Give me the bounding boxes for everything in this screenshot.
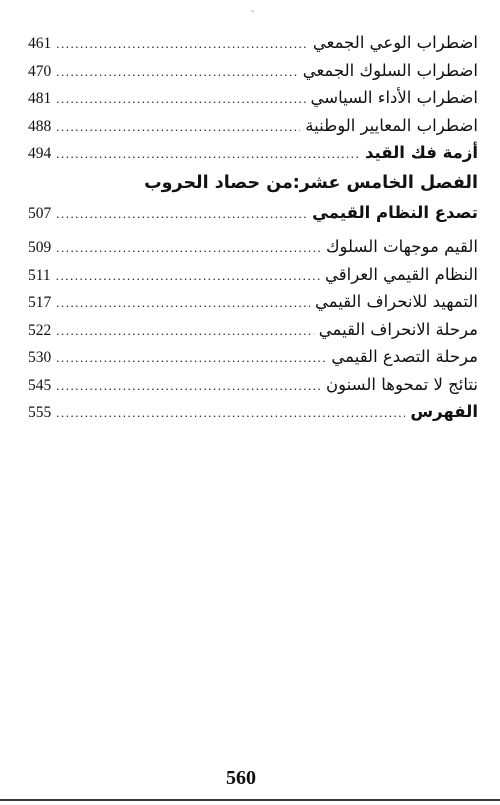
toc-list: اضطراب الوعي الجمعي.....................… (28, 29, 478, 426)
toc-entry-title: النظام القيمي العراقي (325, 261, 478, 289)
toc-entry-page-number: 461 (28, 30, 51, 58)
toc-entry-page-number: 470 (28, 58, 51, 86)
toc-row: تصدع النظام القيمي......................… (28, 199, 478, 227)
dot-leader: ........................................… (56, 317, 314, 345)
toc-entry-page-number: 555 (28, 399, 51, 427)
toc-entry-title: الفهرس (410, 398, 478, 426)
toc-entry-title: اضطراب الوعي الجمعي (313, 29, 478, 57)
toc-chapter-heading: الفصل الخامس عشر:من حصاد الحروب (28, 167, 478, 199)
dot-leader: ........................................… (56, 140, 360, 168)
toc-entry-title: اضطراب السلوك الجمعي (303, 57, 478, 85)
toc-entry-title: مرحلة التصدع القيمي (331, 343, 478, 371)
toc-row: الفهرس..................................… (28, 398, 478, 426)
toc-entry-title: اضطراب المعايير الوطنية (305, 112, 478, 140)
scan-artifact-dot (251, 10, 254, 12)
toc-page: اضطراب الوعي الجمعي.....................… (0, 0, 500, 805)
toc-row: اضطراب الوعي الجمعي.....................… (28, 29, 478, 57)
toc-entry-page-number: 545 (28, 372, 51, 400)
toc-row: مرحلة التصدع القيمي.....................… (28, 343, 478, 371)
dot-leader: ........................................… (56, 289, 310, 317)
toc-entry-page-number: 509 (28, 234, 51, 262)
dot-leader: ........................................… (56, 113, 300, 141)
toc-row: اضطراب المعايير الوطنية.................… (28, 112, 478, 140)
dot-leader: ........................................… (56, 58, 297, 86)
toc-row: نتائج لا تمحوها السنون..................… (28, 371, 478, 399)
dot-leader: ........................................… (56, 344, 326, 372)
toc-entry-page-number: 494 (28, 140, 51, 168)
toc-entry-page-number: 481 (28, 85, 51, 113)
toc-row: مرحلة الانحراف القيمي...................… (28, 316, 478, 344)
toc-entry-page-number: 530 (28, 344, 51, 372)
toc-entry-page-number: 488 (28, 113, 51, 141)
toc-row: القيم موجهات السلوك.....................… (28, 233, 478, 261)
toc-entry-title: نتائج لا تمحوها السنون (326, 371, 478, 399)
dot-leader: ........................................… (56, 200, 307, 228)
dot-leader: ........................................… (56, 372, 321, 400)
folio-page-number: 560 (0, 767, 482, 789)
dot-leader: ........................................… (56, 399, 405, 427)
toc-entry-page-number: 511 (28, 262, 51, 290)
toc-entry-page-number: 507 (28, 200, 51, 228)
toc-row: النظام القيمي العراقي...................… (28, 261, 478, 289)
toc-entry-page-number: 517 (28, 289, 51, 317)
toc-entry-title: الفصل الخامس عشر:من حصاد الحروب (144, 167, 478, 199)
dot-leader: ........................................… (56, 30, 308, 58)
toc-row: التمهيد للانحراف القيمي.................… (28, 288, 478, 316)
toc-entry-title: القيم موجهات السلوك (326, 233, 478, 261)
bottom-rule (0, 799, 500, 801)
toc-entry-title: تصدع النظام القيمي (312, 199, 478, 227)
toc-entry-page-number: 522 (28, 317, 51, 345)
toc-entry-title: اضطراب الأداء السياسي (311, 84, 478, 112)
toc-entry-title: التمهيد للانحراف القيمي (315, 288, 478, 316)
toc-row: أزمة فك القيد...........................… (28, 139, 478, 167)
dot-leader: ........................................… (56, 234, 321, 262)
toc-row: اضطراب الأداء السياسي...................… (28, 84, 478, 112)
dot-leader: ........................................… (56, 85, 305, 113)
dot-leader: ........................................… (56, 262, 320, 290)
toc-entry-title: أزمة فك القيد (365, 139, 478, 167)
toc-entry-title: مرحلة الانحراف القيمي (319, 316, 478, 344)
toc-row: اضطراب السلوك الجمعي....................… (28, 57, 478, 85)
